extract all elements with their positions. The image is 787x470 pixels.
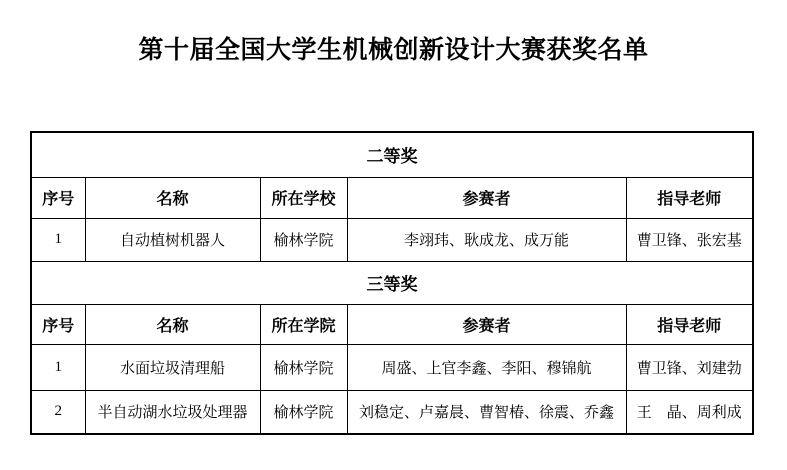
cell-index: 2 xyxy=(31,390,85,434)
column-header-index: 序号 xyxy=(31,304,85,344)
table-header-row: 序号 名称 所在学院 参赛者 指导老师 xyxy=(31,304,753,344)
column-header-index: 序号 xyxy=(31,177,85,218)
cell-school: 榆林学院 xyxy=(260,390,347,434)
cell-participants: 刘稳定、卢嘉晨、曹智椿、徐震、乔鑫 xyxy=(347,390,626,434)
awards-table: 二等奖 序号 名称 所在学校 参赛者 指导老师 1 自动植树机器人 榆林学院 李… xyxy=(30,131,754,435)
cell-advisors: 曹卫锋、张宏基 xyxy=(626,218,753,261)
cell-name: 自动植树机器人 xyxy=(85,218,260,261)
cell-school: 榆林学院 xyxy=(260,344,347,390)
cell-index: 1 xyxy=(31,344,85,390)
award-section-label-third-prize: 三等奖 xyxy=(31,261,753,304)
award-section-label-second-prize: 二等奖 xyxy=(31,132,753,177)
table-row: 1 水面垃圾清理船 榆林学院 周盛、上官李鑫、李阳、穆锦航 曹卫锋、刘建勃 xyxy=(31,344,753,390)
table-header-row: 序号 名称 所在学校 参赛者 指导老师 xyxy=(31,177,753,218)
column-header-advisors: 指导老师 xyxy=(626,304,753,344)
column-header-participants: 参赛者 xyxy=(347,177,626,218)
document-title: 第十届全国大学生机械创新设计大赛获奖名单 xyxy=(0,30,787,66)
table-row: 2 半自动湖水垃圾处理器 榆林学院 刘稳定、卢嘉晨、曹智椿、徐震、乔鑫 王 晶、… xyxy=(31,390,753,434)
award-section-row-third-prize: 三等奖 xyxy=(31,261,753,304)
cell-advisors: 曹卫锋、刘建勃 xyxy=(626,344,753,390)
column-header-advisors: 指导老师 xyxy=(626,177,753,218)
cell-participants: 李翊玮、耿成龙、成万能 xyxy=(347,218,626,261)
column-header-name: 名称 xyxy=(85,177,260,218)
column-header-school: 所在学校 xyxy=(260,177,347,218)
cell-advisors: 王 晶、周利成 xyxy=(626,390,753,434)
cell-index: 1 xyxy=(31,218,85,261)
column-header-participants: 参赛者 xyxy=(347,304,626,344)
table-row: 1 自动植树机器人 榆林学院 李翊玮、耿成龙、成万能 曹卫锋、张宏基 xyxy=(31,218,753,261)
column-header-school: 所在学院 xyxy=(260,304,347,344)
cell-school: 榆林学院 xyxy=(260,218,347,261)
cell-name: 水面垃圾清理船 xyxy=(85,344,260,390)
cell-participants: 周盛、上官李鑫、李阳、穆锦航 xyxy=(347,344,626,390)
column-header-name: 名称 xyxy=(85,304,260,344)
cell-name: 半自动湖水垃圾处理器 xyxy=(85,390,260,434)
award-section-row-second-prize: 二等奖 xyxy=(31,132,753,177)
